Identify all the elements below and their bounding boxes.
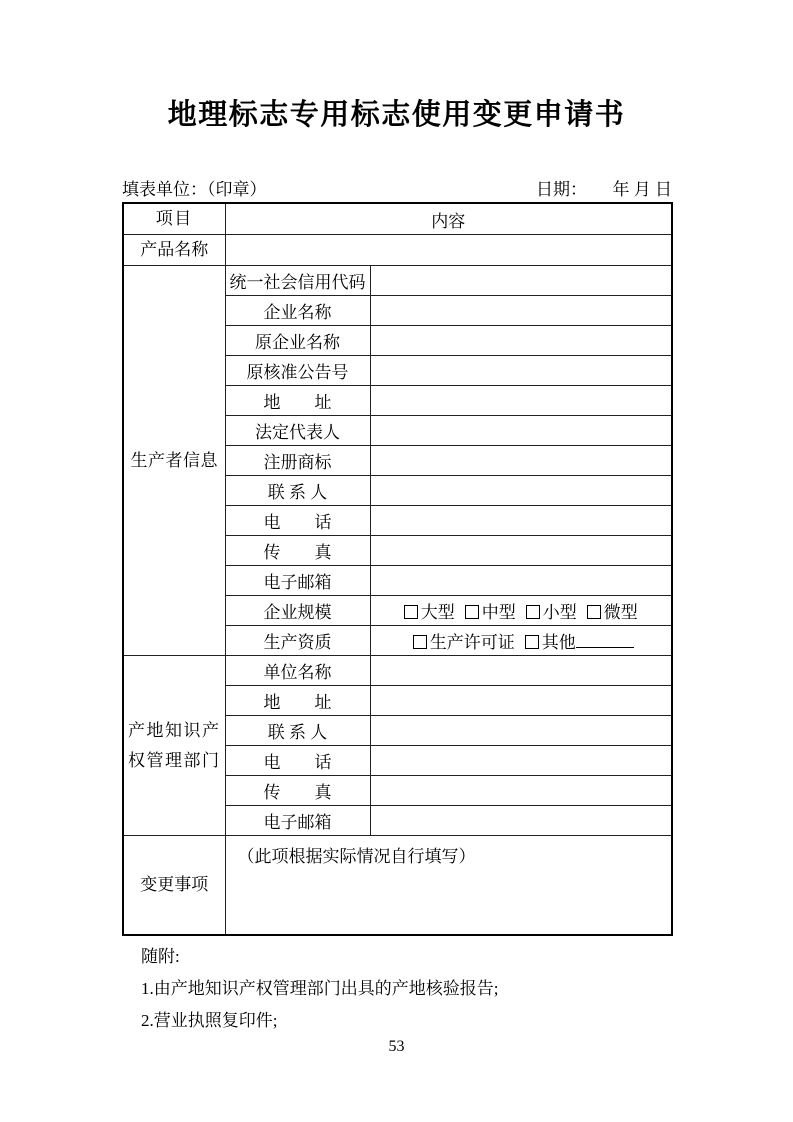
field-value[interactable] — [370, 506, 672, 536]
field-label: 传 真 — [225, 536, 370, 566]
header-content-cell: 内容 — [225, 203, 672, 235]
checkbox-icon[interactable] — [587, 605, 601, 619]
field-value[interactable] — [370, 416, 672, 446]
field-value[interactable] — [370, 806, 672, 836]
field-label: 法定代表人 — [225, 416, 370, 446]
field-label: 生产资质 — [225, 626, 370, 656]
field-label: 电 话 — [225, 506, 370, 536]
field-value[interactable] — [370, 356, 672, 386]
checkbox-option-medium[interactable]: 中型 — [465, 598, 516, 623]
field-value[interactable] — [370, 746, 672, 776]
field-value[interactable] — [370, 386, 672, 416]
field-value[interactable] — [370, 566, 672, 596]
checkbox-option-large[interactable]: 大型 — [404, 598, 455, 623]
origin-ip-dept-group-label: 产地知识产权管理部门 — [123, 656, 225, 836]
enterprise-scale-options: 大型中型小型微型 — [370, 596, 672, 626]
checkbox-icon[interactable] — [404, 605, 418, 619]
change-items-row: 变更事项 （此项根据实际情况自行填写） — [123, 836, 672, 936]
field-value[interactable] — [370, 656, 672, 686]
field-value[interactable] — [370, 476, 672, 506]
other-underline[interactable] — [576, 633, 634, 648]
page-number: 53 — [0, 1038, 793, 1056]
field-value[interactable] — [370, 446, 672, 476]
checkbox-icon[interactable] — [413, 635, 427, 649]
application-form-table: 项目 内容 产品名称 生产者信息 统一社会信用代码 企业名称 原企业名称 原核准… — [122, 202, 673, 936]
product-name-label: 产品名称 — [123, 235, 225, 266]
attachments-section: 随附: 1.由产地知识产权管理部门出具的产地核验报告; 2.营业执照复印件; — [141, 941, 498, 1037]
field-label: 电子邮箱 — [225, 806, 370, 836]
checkbox-icon[interactable] — [525, 635, 539, 649]
field-label: 原企业名称 — [225, 326, 370, 356]
field-label: 电子邮箱 — [225, 566, 370, 596]
checkbox-option-micro[interactable]: 微型 — [587, 598, 638, 623]
field-label: 电 话 — [225, 746, 370, 776]
field-value[interactable] — [370, 686, 672, 716]
checkbox-option-other[interactable]: 其他 — [525, 628, 634, 653]
field-label: 企业名称 — [225, 296, 370, 326]
attachment-item: 2.营业执照复印件; — [141, 1005, 498, 1037]
date-label: 日期： 年 月 日 — [536, 175, 672, 200]
table-header-row: 项目 内容 — [123, 203, 672, 235]
field-label: 联 系 人 — [225, 476, 370, 506]
field-value[interactable] — [370, 326, 672, 356]
meta-row: 填表单位：（印章） 日期： 年 月 日 — [122, 175, 672, 200]
qualification-options: 生产许可证其他 — [370, 626, 672, 656]
product-name-value[interactable] — [225, 235, 672, 266]
table-row: 生产者信息 统一社会信用代码 — [123, 266, 672, 296]
field-label: 统一社会信用代码 — [225, 266, 370, 296]
field-label: 地 址 — [225, 386, 370, 416]
field-label: 单位名称 — [225, 656, 370, 686]
field-value[interactable] — [370, 266, 672, 296]
field-label: 企业规模 — [225, 596, 370, 626]
document-page: 地理标志专用标志使用变更申请书 填表单位：（印章） 日期： 年 月 日 项目 内… — [0, 0, 793, 1122]
field-label: 传 真 — [225, 776, 370, 806]
field-label: 联 系 人 — [225, 716, 370, 746]
change-items-value[interactable]: （此项根据实际情况自行填写） — [225, 836, 672, 936]
checkbox-icon[interactable] — [465, 605, 479, 619]
field-label: 原核准公告号 — [225, 356, 370, 386]
fill-unit-label: 填表单位：（印章） — [122, 175, 267, 200]
document-title: 地理标志专用标志使用变更申请书 — [0, 92, 793, 133]
table-row: 产地知识产权管理部门 单位名称 — [123, 656, 672, 686]
change-items-label: 变更事项 — [123, 836, 225, 936]
header-item-cell: 项目 — [123, 203, 225, 235]
checkbox-option-license[interactable]: 生产许可证 — [413, 628, 515, 653]
field-label: 注册商标 — [225, 446, 370, 476]
field-value[interactable] — [370, 716, 672, 746]
field-label: 地 址 — [225, 686, 370, 716]
field-value[interactable] — [370, 776, 672, 806]
product-name-row: 产品名称 — [123, 235, 672, 266]
checkbox-icon[interactable] — [526, 605, 540, 619]
field-value[interactable] — [370, 536, 672, 566]
attachments-heading: 随附: — [141, 941, 498, 973]
field-value[interactable] — [370, 296, 672, 326]
attachment-item: 1.由产地知识产权管理部门出具的产地核验报告; — [141, 973, 498, 1005]
producer-group-label: 生产者信息 — [123, 266, 225, 656]
checkbox-option-small[interactable]: 小型 — [526, 598, 577, 623]
